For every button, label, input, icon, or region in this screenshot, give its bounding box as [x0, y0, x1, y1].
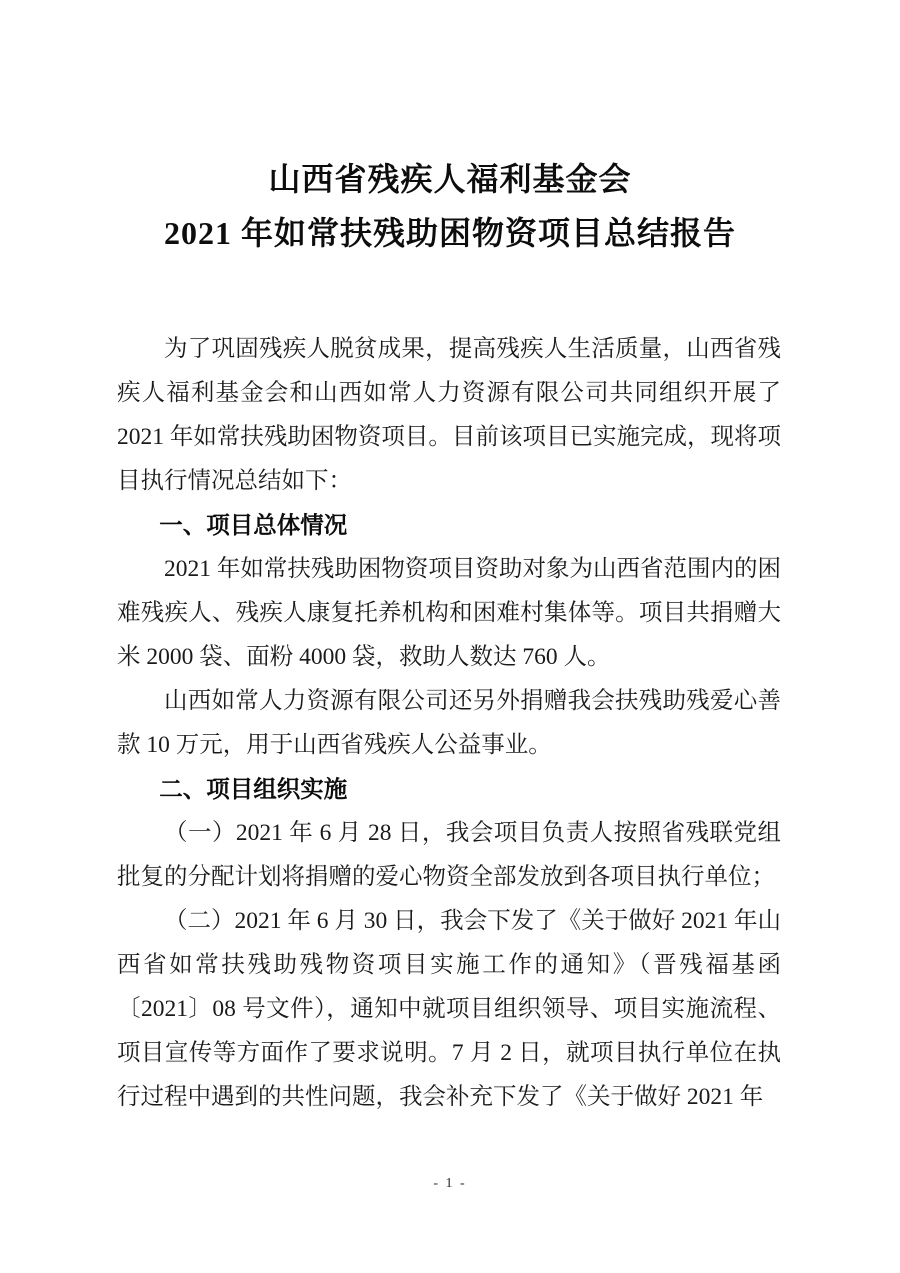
document-page: 山西省残疾人福利基金会 2021 年如常扶残助困物资项目总结报告 为了巩固残疾人…	[0, 0, 900, 1273]
body-paragraph: 山西如常人力资源有限公司还另外捐赠我会扶残助残爱心善款 10 万元，用于山西省残…	[117, 679, 781, 767]
section-heading: 一、项目总体情况	[117, 503, 781, 547]
page-number: - 1 -	[0, 1176, 900, 1192]
body-paragraph: （二）2021 年 6 月 30 日，我会下发了《关于做好 2021 年山西省如…	[117, 899, 781, 1119]
title-line-1: 山西省残疾人福利基金会	[0, 152, 900, 206]
document-body: 为了巩固残疾人脱贫成果，提高残疾人生活质量，山西省残疾人福利基金会和山西如常人力…	[117, 327, 781, 1119]
body-paragraph: 为了巩固残疾人脱贫成果，提高残疾人生活质量，山西省残疾人福利基金会和山西如常人力…	[117, 327, 781, 503]
section-heading: 二、项目组织实施	[117, 767, 781, 811]
title-line-2: 2021 年如常扶残助困物资项目总结报告	[0, 206, 900, 260]
body-paragraph: 2021 年如常扶残助困物资项目资助对象为山西省范围内的困难残疾人、残疾人康复托…	[117, 547, 781, 679]
document-title: 山西省残疾人福利基金会 2021 年如常扶残助困物资项目总结报告	[0, 0, 900, 260]
body-paragraph: （一）2021 年 6 月 28 日，我会项目负责人按照省残联党组批复的分配计划…	[117, 811, 781, 899]
